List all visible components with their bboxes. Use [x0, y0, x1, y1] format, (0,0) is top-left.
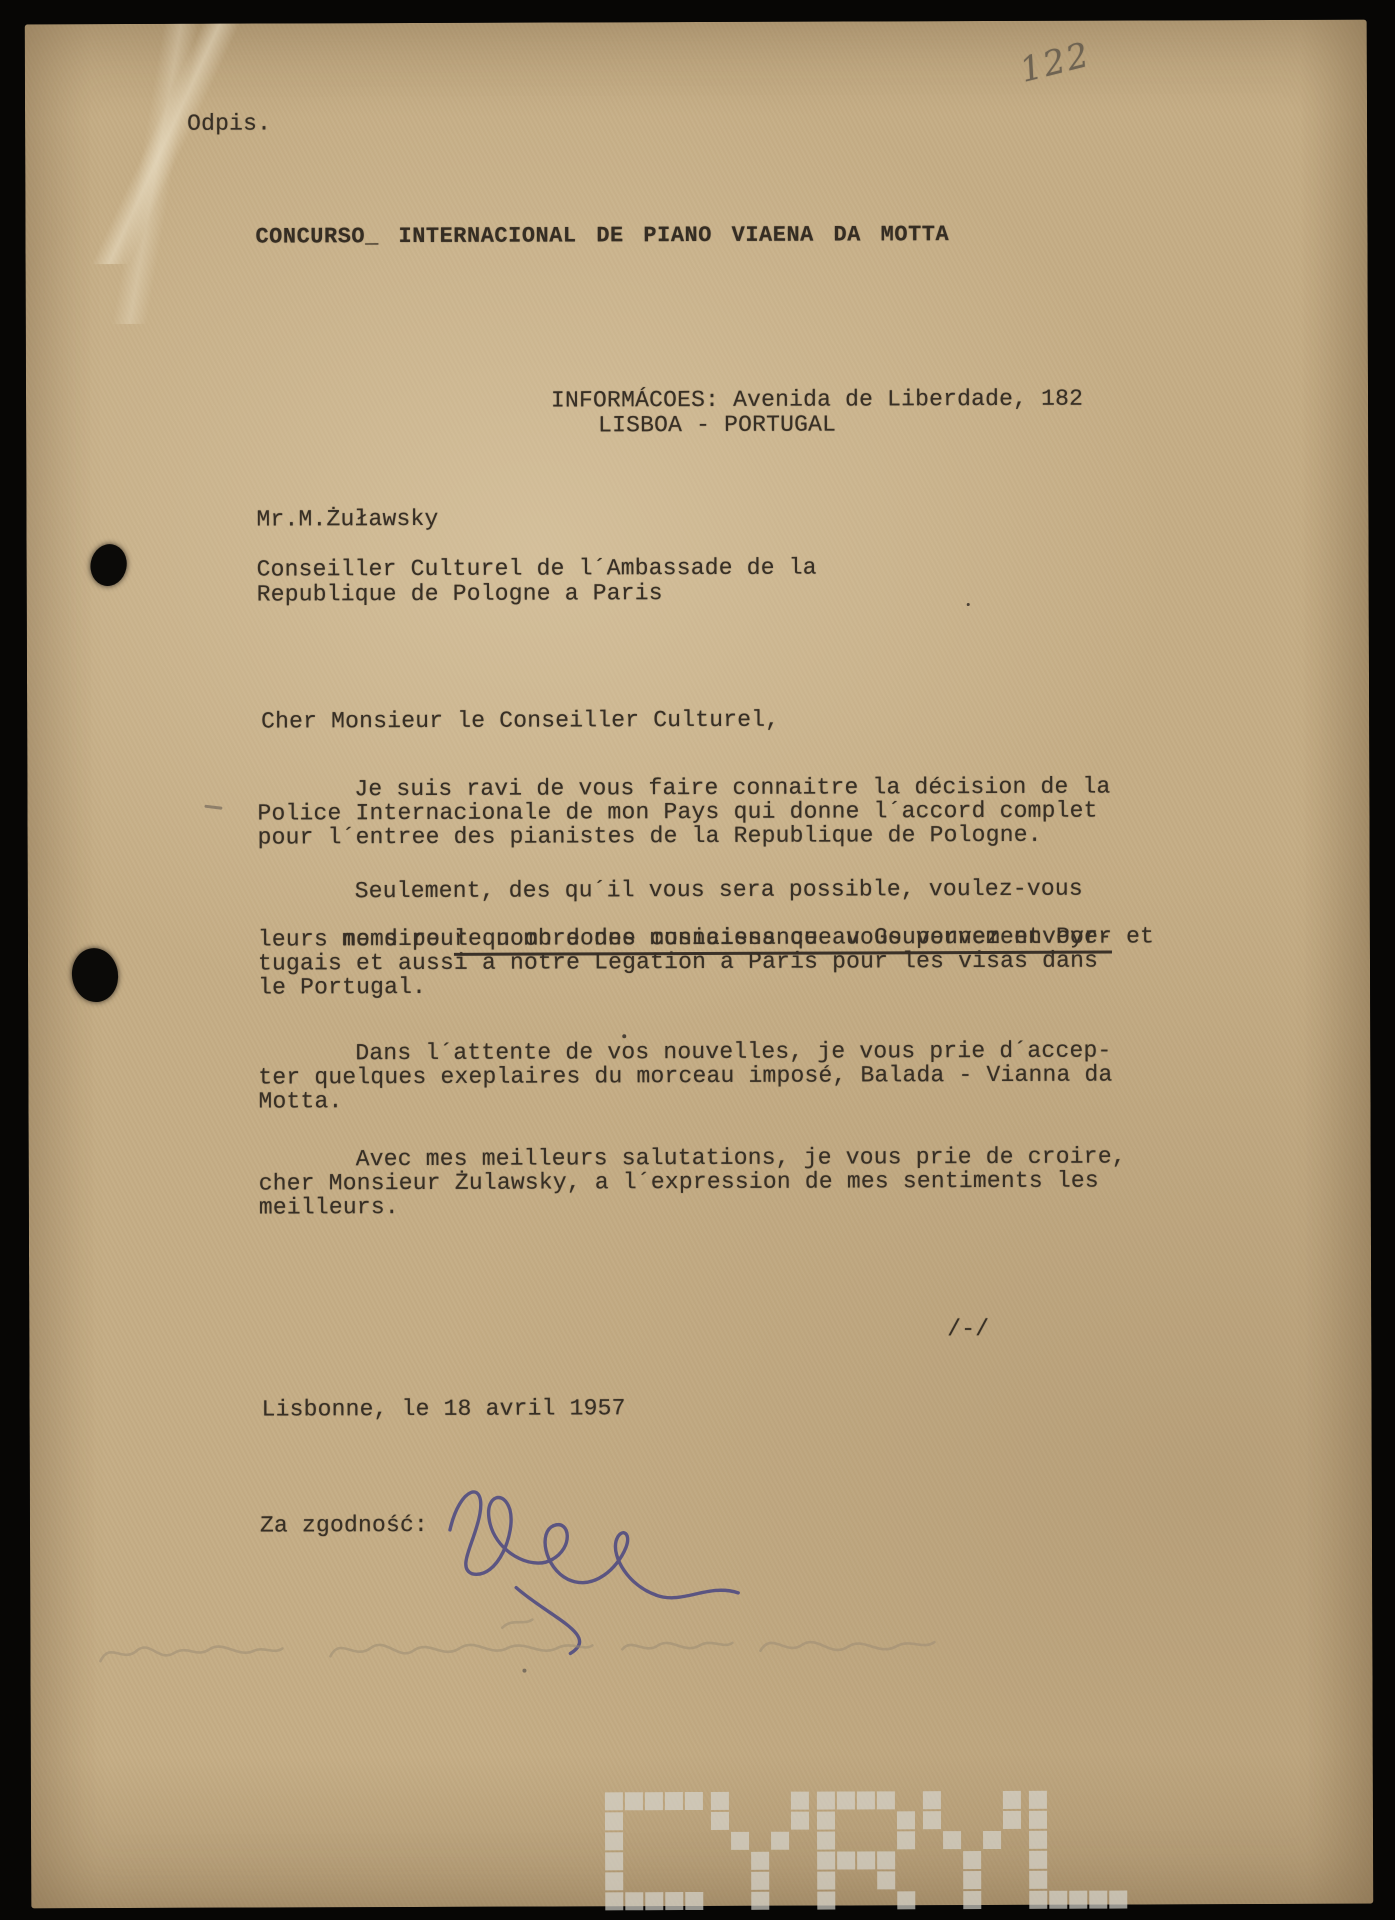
watermark [605, 1791, 1127, 1911]
watermark-letter [605, 1792, 703, 1910]
paper-crease [95, 24, 216, 324]
recipient-title-line2: Republique de Pologne a Paris [257, 581, 663, 606]
letter-page: Odpis. 122 CONCURSO_ INTERNACIONAL DE PI… [25, 20, 1374, 1909]
paragraph2-line5: le Portugal. [258, 975, 426, 1000]
scanned-document: Odpis. 122 CONCURSO_ INTERNACIONAL DE PI… [0, 0, 1395, 1920]
dateline: Lisbonne, le 18 avril 1957 [262, 1396, 626, 1421]
copy-label: Odpis. [187, 111, 271, 135]
punch-hole-bottom [68, 945, 121, 1005]
salutation: Cher Monsieur le Conseiller Culturel, [261, 708, 779, 734]
letter-title: CONCURSO_ INTERNACIONAL DE PIANO VIAENA … [255, 223, 949, 249]
info-address-line1: INFORMÁCOES: Avenida de Liberdade, 182 [551, 387, 1083, 413]
ink-speck [967, 603, 970, 606]
paragraph3-line3: Motta. [258, 1089, 342, 1113]
watermark-letter [1029, 1791, 1127, 1909]
paragraph2-line1: Seulement, des qu´il vous sera possible,… [355, 877, 1083, 904]
info-address-line2: LISBOA - PORTUGAL [598, 413, 836, 438]
pencil-note-handwriting [92, 1596, 952, 1709]
watermark-letter [923, 1791, 1021, 1909]
paragraph4-line2: cher Monsieur Żulawsky, a l´expression d… [259, 1169, 1099, 1196]
paragraph1-line3: pour l´entree des pianistes de la Republ… [258, 823, 1042, 850]
watermark-letter [817, 1791, 915, 1909]
margin-pencil-mark [204, 805, 222, 810]
handwritten-page-number: 122 [1016, 35, 1095, 91]
signature-placeholder-mark: /-/ [947, 1317, 989, 1341]
paragraph2-line4: tugais et aussi a notre Legation a Paris… [258, 949, 1098, 976]
watermark-letter [711, 1792, 809, 1910]
recipient-name: Mr.M.Żuławsky [256, 507, 438, 532]
certification-label: Za zgodność: [260, 1513, 428, 1538]
ink-speck [622, 1034, 626, 1038]
paragraph2-line2-suffix: et [1112, 923, 1154, 949]
paragraph4-line3: meilleurs. [259, 1195, 399, 1219]
punch-hole-top [87, 541, 131, 589]
recipient-title-line1: Conseiller Culturel de l´Ambassade de la [257, 556, 817, 582]
paragraph3-line2: ter quelques exeplaires du morceau impos… [258, 1063, 1112, 1090]
paper-crease [80, 24, 261, 265]
